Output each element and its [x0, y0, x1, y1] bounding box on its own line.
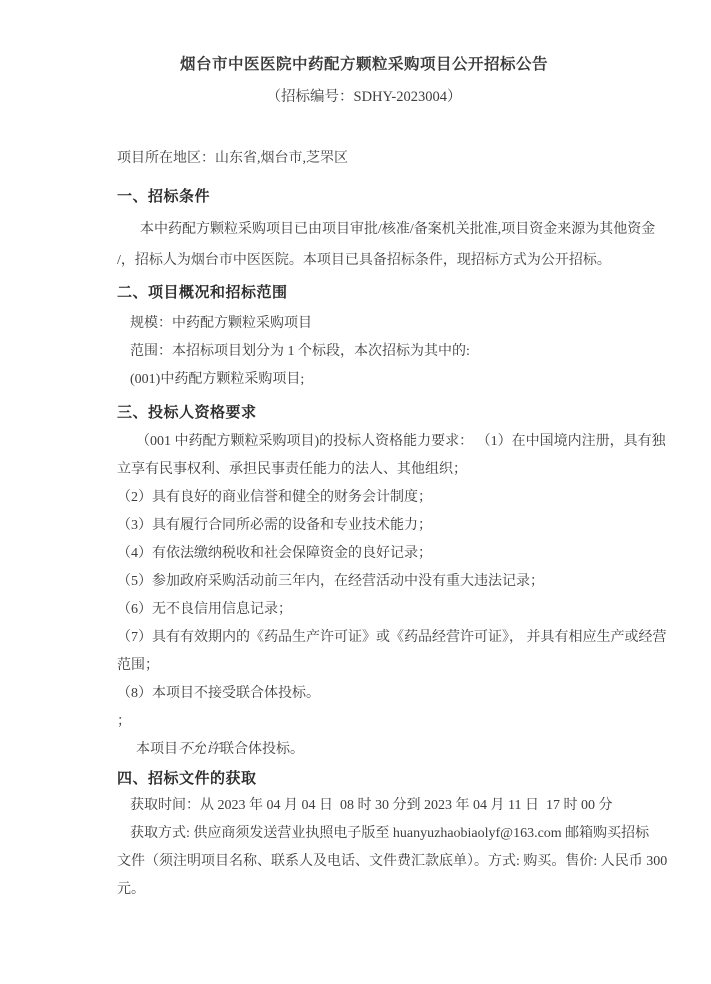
- document-title: 烟台市中医医院中药配方颗粒采购项目公开招标公告: [117, 52, 611, 78]
- project-location: 项目所在地区：山东省,烟台市,芝罘区: [117, 146, 611, 172]
- tender-conditions-line-2: /，招标人为烟台市中医医院。本项目已具备招标条件，现招标方式为公开招标。: [117, 245, 611, 276]
- section-4-heading: 四、招标文件的获取: [117, 766, 611, 792]
- project-lot: (001)中药配方颗粒采购项目;: [117, 366, 611, 394]
- acquisition-method-line-3: 元。: [117, 876, 611, 904]
- tender-conditions-line-1: 本中药配方颗粒采购项目已由项目审批/核准/备案机关批准,项目资金来源为其他资金: [117, 214, 611, 245]
- document-page: 烟台市中医医院中药配方颗粒采购项目公开招标公告 （招标编号：SDHY-20230…: [0, 0, 711, 984]
- qualification-item-3: （3）具有履行合同所必需的设备和专业技术能力；: [117, 512, 611, 540]
- project-scope: 范围：本招标项目划分为 1 个标段，本次招标为其中的:: [117, 338, 611, 366]
- stray-semicolon: ；: [117, 708, 611, 736]
- qualification-intro-line-2: 立享有民事权利、承担民事责任能力的法人、其他组织；: [117, 456, 611, 484]
- qualification-item-4: （4）有依法缴纳税收和社会保障资金的良好记录；: [117, 540, 611, 568]
- bid-number: （招标编号：SDHY-2023004）: [117, 84, 611, 110]
- section-3-heading: 三、投标人资格要求: [117, 400, 611, 426]
- qualification-item-8: （8）本项目不接受联合体投标。: [117, 680, 611, 708]
- qualification-item-6: （6）无不良信用信息记录；: [117, 596, 611, 624]
- section-2-heading: 二、项目概况和招标范围: [117, 280, 611, 306]
- qualification-item-7-line-2: 范围；: [117, 652, 611, 680]
- acquisition-time: 获取时间：从 2023 年 04 月 04 日 08 时 30 分到 2023 …: [117, 792, 611, 820]
- consortium-note-prefix: 本项目: [136, 742, 178, 757]
- qualification-intro-line-1: （001 中药配方颗粒采购项目)的投标人资格能力要求： （1）在中国境内注册，具…: [117, 428, 611, 456]
- acquisition-method-line-2: 文件（须注明项目名称、联系人及电话、文件费汇款底单）。方式: 购买。售价: 人民…: [117, 848, 611, 876]
- qualification-item-5: （5）参加政府采购活动前三年内，在经营活动中没有重大违法记录；: [117, 568, 611, 596]
- qualification-item-2: （2）具有良好的商业信誉和健全的财务会计制度；: [117, 484, 611, 512]
- acquisition-method-line-1: 获取方式: 供应商须发送营业执照电子版至 huanyuzhaobiaolyf@1…: [117, 820, 611, 848]
- project-scale: 规模：中药配方颗粒采购项目: [117, 310, 611, 338]
- qualification-item-7-line-1: （7）具有有效期内的《药品生产许可证》或《药品经营许可证》， 并具有相应生产或经…: [117, 624, 611, 652]
- consortium-note-suffix: 联合体投标。: [220, 742, 304, 757]
- consortium-note: 本项目不允许联合体投标。: [117, 736, 611, 764]
- consortium-note-emphasis: 不允许: [178, 742, 220, 757]
- section-1-heading: 一、招标条件: [117, 184, 611, 210]
